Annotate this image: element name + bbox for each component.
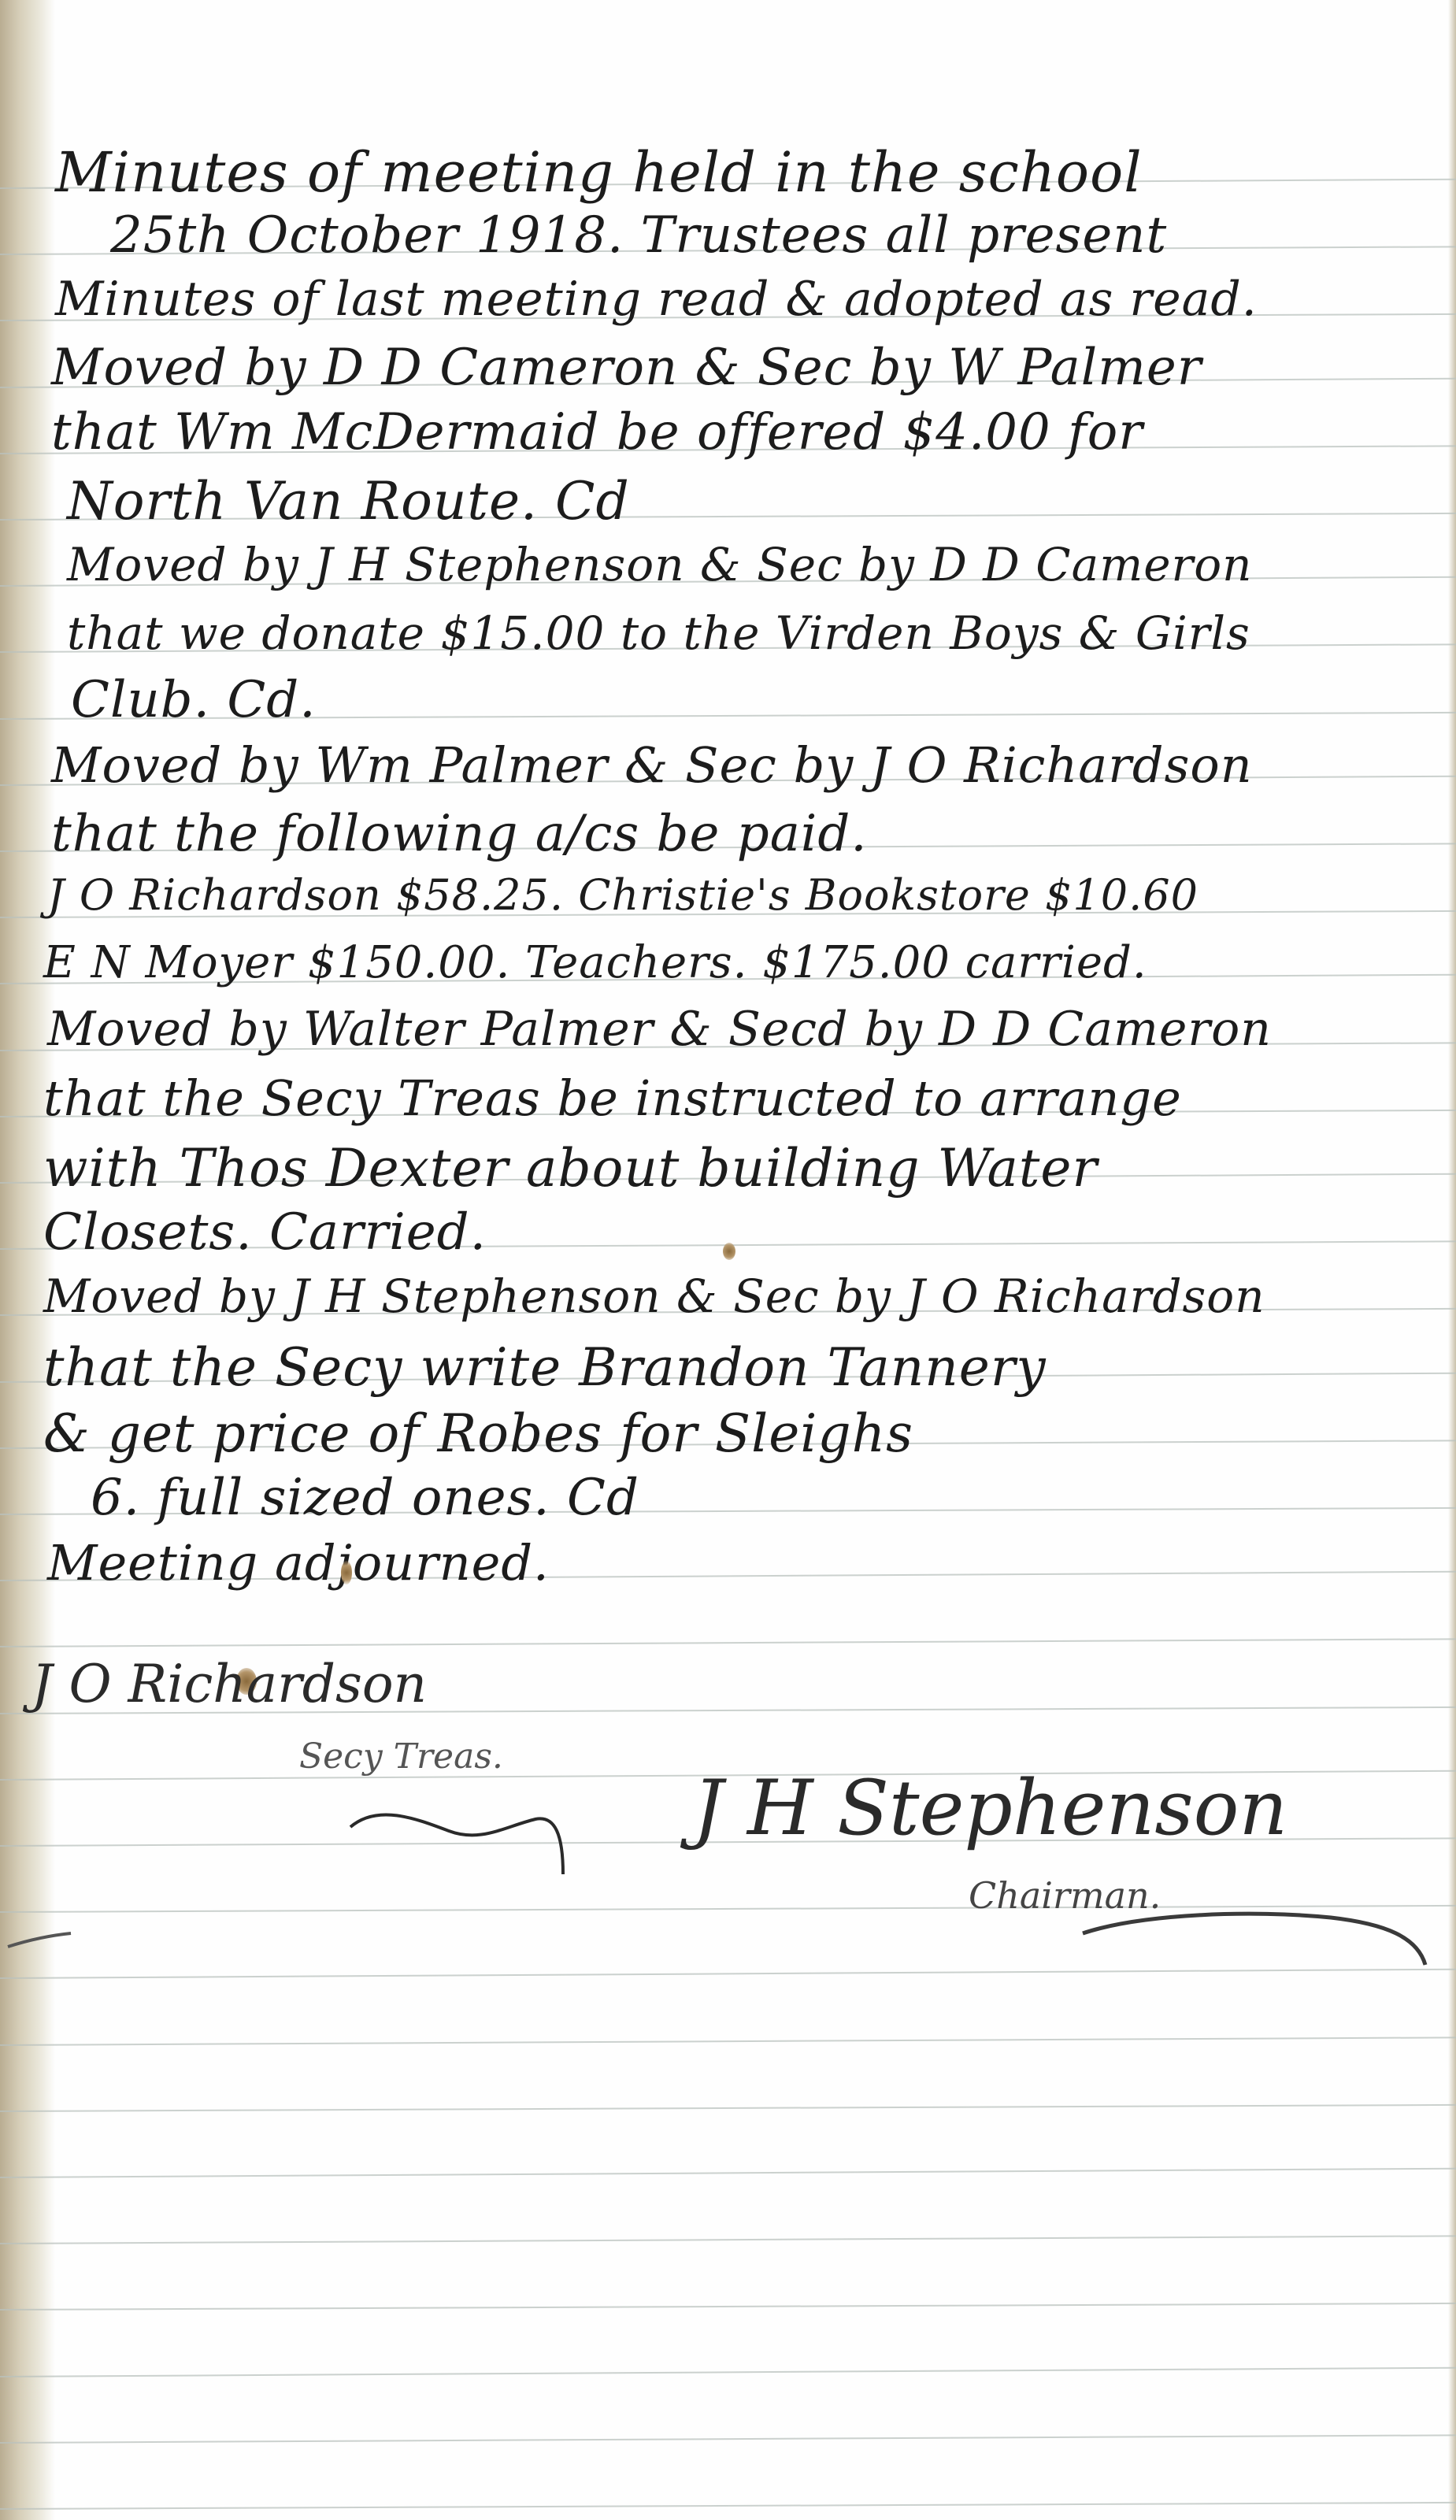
ink-stain [341,1561,352,1584]
ink-stain [723,1243,735,1260]
ruled-line [0,2366,1456,2377]
signature-flourish-icon [346,1795,598,1882]
signature-flourish-icon [1079,1910,1441,1981]
ruled-line [0,2236,1456,2245]
ruled-line [0,2104,1456,2112]
minutes-line: 25th October 1918. Trustees all present [110,206,1167,265]
minutes-line: North Van Route. Cd [67,471,630,532]
minutes-line: J O Richardson $58.25. Christie's Bookst… [47,870,1199,920]
minutes-line: Moved by J H Stephenson & Sec by J O Ric… [43,1269,1265,1323]
minutes-line: with Thos Dexter about building Water [43,1138,1098,1199]
minutes-line: that the Secy write Brandon Tannery [43,1337,1047,1398]
ruled-line [0,2168,1456,2178]
margin-mark-icon [4,1929,75,1953]
ruled-line [0,2434,1456,2444]
minutes-line: that we donate $15.00 to the Virden Boys… [67,606,1250,660]
ruled-line [0,1639,1456,1648]
minutes-line: Moved by D D Cameron & Sec by W Palmer [51,339,1202,397]
minutes-line: Meeting adjourned. [47,1534,550,1592]
minutes-line: Minutes of last meeting read & adopted a… [55,272,1258,327]
minutes-line: Moved by J H Stephenson & Sec by D D Cam… [67,538,1253,591]
ledger-page: Minutes of meeting held in the school 25… [0,0,1456,2520]
minutes-line: Closets. Carried. [43,1203,487,1262]
ruled-line [0,2502,1456,2510]
chairman-signature: J H Stephenson [693,1764,1287,1852]
minutes-line: that the Secy Treas be instructed to arr… [43,1069,1182,1127]
secretary-title: Secy Treas. [299,1736,503,1777]
minutes-line: Moved by Wm Palmer & Sec by J O Richards… [51,736,1253,794]
minutes-line: Moved by Walter Palmer & Secd by D D Cam… [47,1002,1272,1057]
secretary-signature: J O Richardson [31,1654,427,1714]
minutes-line: that the following a/cs be paid. [51,805,868,863]
ruled-line [0,2303,1456,2311]
minutes-line: 6. full sized ones. Cd [91,1469,639,1527]
minutes-line: & get price of Robes for Sleighs [43,1403,913,1464]
minutes-line: Club. Cd. [71,671,317,729]
minutes-line: E N Moyer $150.00. Teachers. $175.00 car… [43,937,1147,988]
minutes-line: that Wm McDermaid be offered $4.00 for [51,403,1143,461]
ruled-line [0,2036,1456,2046]
minutes-line: Minutes of meeting held in the school [55,140,1143,205]
